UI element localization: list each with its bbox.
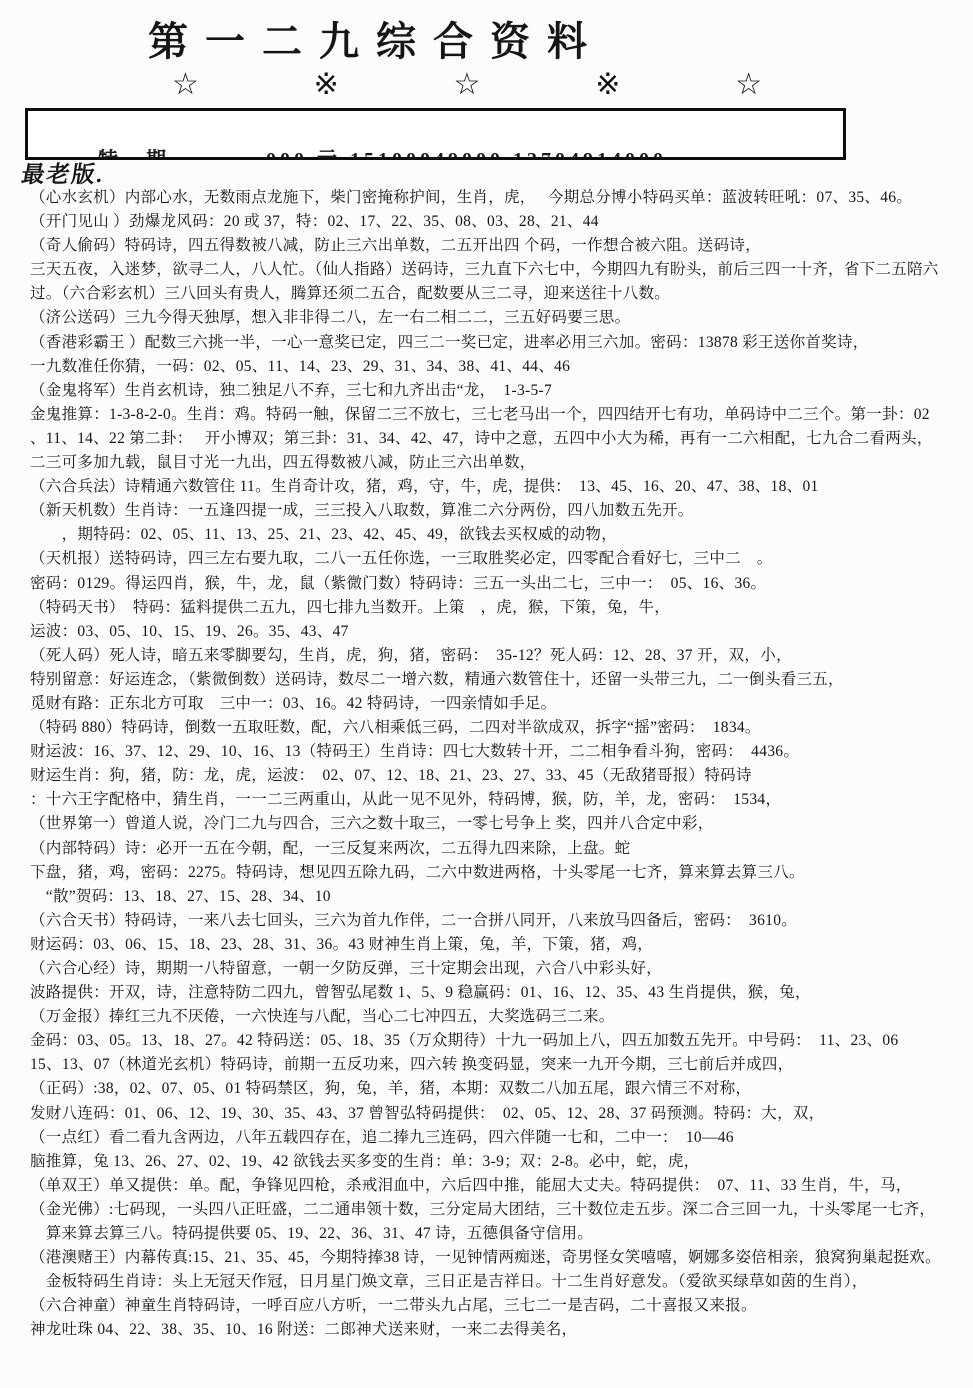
text-line: （一点红）看二看九含两边，八年五载四存在，追二捧九三连码，四六伴随一七和，二中一… xyxy=(30,1126,966,1150)
star-icon: ☆ xyxy=(735,70,762,100)
text-line: （死人码）死人诗，暗五来零脚要勾，生肖，虎，狗，猪，密码： 35-12？死人码：… xyxy=(30,644,966,668)
section-heading: 最老版. xyxy=(20,156,107,189)
star-icon: ※ xyxy=(595,70,620,100)
text-line: （万金报）捧红三九不厌倦，一六快连与八配，当心二七冲四五，大奖选码三二来。 xyxy=(30,1005,966,1029)
text-line: 过。（六合彩玄机）三八回头有贵人，腾算还须二五合，配数要从三二寻，迎来送往十八数… xyxy=(30,282,966,306)
text-line: 、11、14、22 第二卦： 开小博双；第三卦：31、34、42、47，诗中之意… xyxy=(30,427,966,451)
text-line: （奇人偷码）特码诗，四五得数被八减，防止三六出单数，二五开出四 个码，一作想合被… xyxy=(30,234,966,258)
text-line: 运波：03、05、10、15、19、26。35、43、47 xyxy=(30,620,966,644)
text-line: 一九数准任你猜，一码：02、05、11、14、23、29、31、34、38、41… xyxy=(30,355,966,379)
star-decoration-row: ☆※☆※☆ xyxy=(172,70,762,100)
text-line: （济公送码）三九今得天独厚，想入非非得二八，左一右二相二二，三五好码要三思。 xyxy=(30,306,966,330)
text-line: 三天五夜，入迷梦，欲寻二人，八人忙。（仙人指路）送码诗，三九直下六七中，今期四九… xyxy=(30,258,966,282)
text-line: （正码）:38，02、07、05、01 特码禁区，狗，兔，羊，猪，本期：双数二八… xyxy=(30,1077,966,1101)
text-line: 财运波：16、37、12、29、10、16、13（特码王）生肖诗：四七大数转十开… xyxy=(30,740,966,764)
document-body: （心水玄机）内部心水，无数雨点龙施下，柴门密掩称护间，生肖，虎， 今期总分博小特… xyxy=(30,186,966,1343)
text-line: 金鬼推算：1-3-8-2-0。生肖：鸡。特码一触，保留二三不放七，三七老马出一个… xyxy=(30,403,966,427)
text-line: ，期特码：02、05、11、13、25、21、23、42、45、49，欲钱去买权… xyxy=(30,523,966,547)
scanned-lottery-sheet: 第一二九综合资料 ☆※☆※☆ 特－期 000 元 15100049000 137… xyxy=(0,0,973,1388)
text-line: （香港彩霸王 ）配数三六挑一半，一心一意奖已定，四三二一奖已定，进率必用三六加。… xyxy=(30,331,966,355)
text-line: （六合心经）诗，期期一八特留意，一朝一夕防反弹，三十定期会出现，六合八中彩头好， xyxy=(30,957,966,981)
text-line: ：十六王字配格中，猜生肖，一一二三两重山，从此一见不见外，特码博，猴，防，羊，龙… xyxy=(30,788,966,812)
text-line: 二三可多加九载，鼠目寸光一九出，四五得数被八减，防止三六出单数， xyxy=(30,451,966,475)
text-line: 特别留意：好运连念，（紫微倒数）送码诗，数尽二一增六数，精通六数管住十，还留一头… xyxy=(30,668,966,692)
text-line: 算来算去算三八。特码提供要 05、19、22、36、31、47 诗，五德俱备守信… xyxy=(30,1222,966,1246)
text-line: 神龙吐珠 04、22、38、35、10、16 附送：二郎神犬送来财，一来二去得美… xyxy=(30,1318,966,1342)
text-line: 金板特码生肖诗：头上无冠天作冠，日月星门焕文章，三日正是吉祥日。十二生肖好意发。… xyxy=(30,1270,966,1294)
text-line: （开门见山 ）劲爆龙风码：20 或 37，特：02、17、22、35、08、03… xyxy=(30,210,966,234)
text-line: （内部特码）诗：必开一五在今朝，配，一三反复来两次，二五得九四来除，上盘。蛇 xyxy=(30,837,966,861)
text-line: （港澳赌王）内幕传真:15、21、35、45，今期特捧38 诗，一见钟情两痴迷，… xyxy=(30,1246,966,1270)
text-line: 觅财有路：正东北方可取 三中一：03、16。42 特码诗，一四亲情如手足。 xyxy=(30,692,966,716)
text-line: （金光佛）:七码现，一头四八正旺盛，二二通串领十数，三分定局大团结，三十数位走五… xyxy=(30,1198,966,1222)
text-line: （天机报）送特码诗，四三左右要九取，二八一五任你选，一三取胜奖必定，四零配合看好… xyxy=(30,547,966,571)
text-line: “散”贺码：13、18、27、15、28、34、10 xyxy=(30,885,966,909)
text-line: （特码天书） 特码：猛料提供二五九，四七排九当数开。上策 ，虎，猴，下策，兔，牛… xyxy=(30,596,966,620)
text-line: 财运码：03、06、15、18、23、28、31、36。43 财神生肖上策，兔，… xyxy=(30,933,966,957)
text-line: 发财八连码：01、06、12、19、30、35、43、37 曾智弘特码提供： 0… xyxy=(30,1102,966,1126)
text-line: 金码：03、05。13、18、27。42 特码送：05、18、35（万众期待）十… xyxy=(30,1029,966,1053)
text-line: 密码：0129。得运四肖，猴，牛，龙，鼠（紫微门数）特码诗：三五一头出二七，三中… xyxy=(30,572,966,596)
star-icon: ☆ xyxy=(454,70,481,100)
text-line: （六合兵法）诗精通六数管住 11。生肖奇计攻，猪，鸡，守，牛，虎，提供： 13、… xyxy=(30,475,966,499)
text-line: 下盘，猪，鸡，密码：2275。特码诗，想见四五除九码，二六中数进两格，十头零尾一… xyxy=(30,861,966,885)
text-line: （新天机数）生肖诗：一五逢四提一成，三三投入八取数，算准二六分两份，四八加数五先… xyxy=(30,499,966,523)
text-line: 脑推算，兔 13、26、27、02、19、42 欲钱去买多变的生肖：单：3-9；… xyxy=(30,1150,966,1174)
text-line: （特码 880）特码诗，倒数一五取旺数，配，六八相乘低三码，二四对半欲成双，拆字… xyxy=(30,716,966,740)
text-line: 15、13、07（林道光玄机）特码诗，前期一五反功来，四六转 换变码显，突来一九… xyxy=(30,1053,966,1077)
text-line: （六合天书）特码诗，一来八去七回头，三六为首九作伴，二一合拼八同开，八来放马四备… xyxy=(30,909,966,933)
star-icon: ☆ xyxy=(172,70,199,100)
text-line: （单双王）单又提供：单。配，争锋见四枪，杀戒泪血中，六后四中推，能屈大丈夫。特码… xyxy=(30,1174,966,1198)
text-line: （心水玄机）内部心水，无数雨点龙施下，柴门密掩称护间，生肖，虎， 今期总分博小特… xyxy=(30,186,966,210)
text-line: （金鬼将军）生肖玄机诗，独二独足八不弃，三七和九齐出击“龙， 1-3-5-7 xyxy=(30,379,966,403)
star-icon: ※ xyxy=(314,70,339,100)
text-line: 财运生肖：狗，猪，防：龙，虎，运波： 02、07、12、18、21、23、27、… xyxy=(30,764,966,788)
text-line: 波路提供：开双，诗，注意特防二四九，曾智弘尾数 1、5、9 稳赢码：01、16、… xyxy=(30,981,966,1005)
page-title: 第一二九综合资料 xyxy=(148,10,604,67)
text-line: （六合神童）神童生肖特码诗，一呼百应八方听，一二带头九占尾，三七二一是吉码，二十… xyxy=(30,1294,966,1318)
clipped-contact-line: 特－期 000 元 15100049000 13704914000 xyxy=(98,143,818,157)
text-line: （世界第一）曾道人说，冷门二九与四合，三六之数十取三，一零七号争上 奖，四并八合… xyxy=(30,812,966,836)
